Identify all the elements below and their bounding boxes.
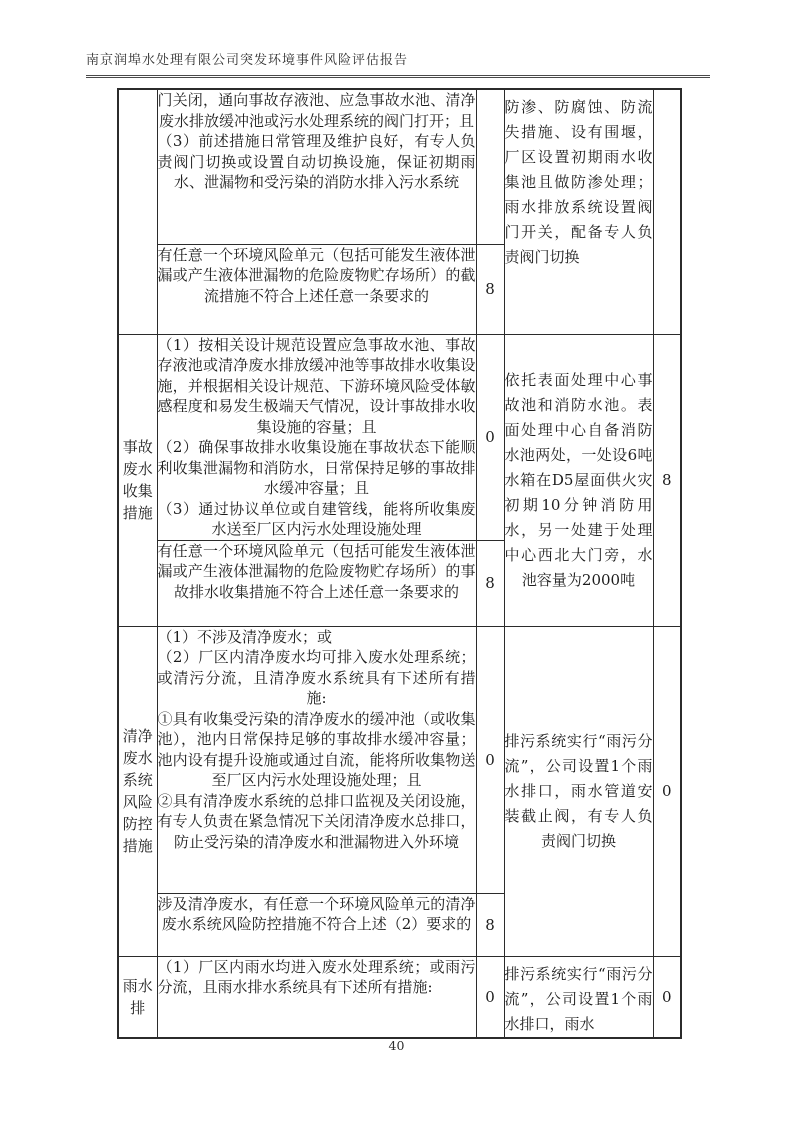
company-measures-text: 防渗、防腐蚀、防流失措施、设有围堰，厂区设置初期雨水收集池且做防渗处理；雨水排放… — [505, 95, 653, 270]
document-page: 南京润埠水处理有限公司突发环境事件风险评估报告 门关闭，通向事故存液池、应急事故… — [0, 0, 793, 1122]
score-cell: 0 — [476, 334, 504, 540]
criteria-paragraph: 有任意一个环境风险单元（包括可能发生液体泄漏或产生液体泄漏物的危险废物贮存场所）… — [158, 541, 476, 603]
score-cell: 8 — [476, 540, 504, 626]
criteria-cell: （1）不涉及清净废水；或 （2）厂区内清净废水均可排入废水处理系统；或清污分流，… — [157, 626, 476, 893]
company-score-cell: 0 — [653, 626, 681, 956]
company-measures-cell: 防渗、防腐蚀、防流失措施、设有围堰，厂区设置初期雨水收集池且做防渗处理；雨水排放… — [504, 89, 653, 334]
criteria-paragraph: 有任意一个环境风险单元（包括可能发生液体泄漏或产生液体泄漏物的危险废物贮存场所）… — [158, 245, 476, 307]
company-measures-text: 排污系统实行“雨污分流”，公司设置1个雨水排口，雨水 — [505, 962, 653, 1037]
category-cell: 清净废水系统风险防控措施 — [118, 626, 157, 956]
criteria-paragraph: （3）前述措施日常管理及维护良好，有专人负责阀门切换或设置自动切换设施，保证初期… — [158, 131, 476, 193]
criteria-paragraph: ①具有收集受污染的清净废水的缓冲池（或收集池），池内日常保持足够的事故排水缓冲容… — [158, 709, 476, 791]
score-cell: 8 — [476, 893, 504, 956]
criteria-cell: （1）按相关设计规范设置应急事故水池、事故存液池或清净废水排放缓冲池等事故排水收… — [157, 334, 476, 540]
criteria-paragraph: （3）通过协议单位或自建管线，能将所收集废水送至厂区内污水处理设施处理 — [158, 499, 476, 540]
company-score-cell: 0 — [653, 956, 681, 1038]
company-measures-text: 依托表面处理中心事故池和消防水池。表面处理中心自备消防水池两处，一处设6吨水箱在… — [505, 368, 653, 593]
page-number: 40 — [0, 1038, 793, 1053]
criteria-cell: （1）厂区内雨水均进入废水处理系统；或雨污分流，且雨水排水系统具有下述所有措施: — [157, 956, 476, 1038]
criteria-paragraph: （1）厂区内雨水均进入废水处理系统；或雨污分流，且雨水排水系统具有下述所有措施: — [158, 957, 476, 998]
criteria-cell: 有任意一个环境风险单元（包括可能发生液体泄漏或产生液体泄漏物的危险废物贮存场所）… — [157, 244, 476, 334]
category-cell: 雨水排 — [118, 956, 157, 1038]
score-cell — [476, 89, 504, 244]
risk-prevention-measures-table: 门关闭，通向事故存液池、应急事故水池、清净废水排放缓冲池或污水处理系统的阀门打开… — [117, 88, 682, 1039]
score-cell: 0 — [476, 626, 504, 893]
category-cell — [118, 89, 157, 334]
criteria-paragraph: （2）确保事故排水收集设施在事故状态下能顺利收集泄漏物和消防水，日常保持足够的事… — [158, 437, 476, 499]
company-score-cell: 8 — [653, 334, 681, 626]
company-measures-cell: 排污系统实行“雨污分流”，公司设置1个雨水排口，雨水管道安装截止阀，有专人负责阀… — [504, 626, 653, 956]
company-measures-cell: 依托表面处理中心事故池和消防水池。表面处理中心自备消防水池两处，一处设6吨水箱在… — [504, 334, 653, 626]
score-cell: 0 — [476, 956, 504, 1038]
company-score-cell — [653, 89, 681, 334]
report-header-title: 南京润埠水处理有限公司突发环境事件风险评估报告 — [86, 49, 710, 78]
criteria-cell: 门关闭，通向事故存液池、应急事故水池、清净废水排放缓冲池或污水处理系统的阀门打开… — [157, 89, 476, 244]
criteria-paragraph: （1）不涉及清净废水；或 — [158, 627, 476, 648]
score-cell: 8 — [476, 244, 504, 334]
category-cell: 事故废水收集措施 — [118, 334, 157, 626]
criteria-paragraph: （1）按相关设计规范设置应急事故水池、事故存液池或清净废水排放缓冲池等事故排水收… — [158, 335, 476, 438]
criteria-cell: 涉及清净废水，有任意一个环境风险单元的清净废水系统风险防控措施不符合上述（2）要… — [157, 893, 476, 956]
company-measures-text: 排污系统实行“雨污分流”，公司设置1个雨水排口，雨水管道安装截止阀，有专人负责阀… — [505, 729, 653, 854]
criteria-paragraph: （2）厂区内清净废水均可排入废水处理系统；或清污分流，且清净废水系统具有下述所有… — [158, 647, 476, 709]
criteria-paragraph: ②具有清净废水系统的总排口监视及关闭设施，有专人负责在紧急情况下关闭清净废水总排… — [158, 791, 476, 853]
company-measures-cell: 排污系统实行“雨污分流”，公司设置1个雨水排口，雨水 — [504, 956, 653, 1038]
criteria-paragraph: 门关闭，通向事故存液池、应急事故水池、清净废水排放缓冲池或污水处理系统的阀门打开… — [158, 90, 476, 131]
criteria-cell: 有任意一个环境风险单元（包括可能发生液体泄漏或产生液体泄漏物的危险废物贮存场所）… — [157, 540, 476, 626]
criteria-paragraph: 涉及清净废水，有任意一个环境风险单元的清净废水系统风险防控措施不符合上述（2）要… — [158, 894, 476, 935]
